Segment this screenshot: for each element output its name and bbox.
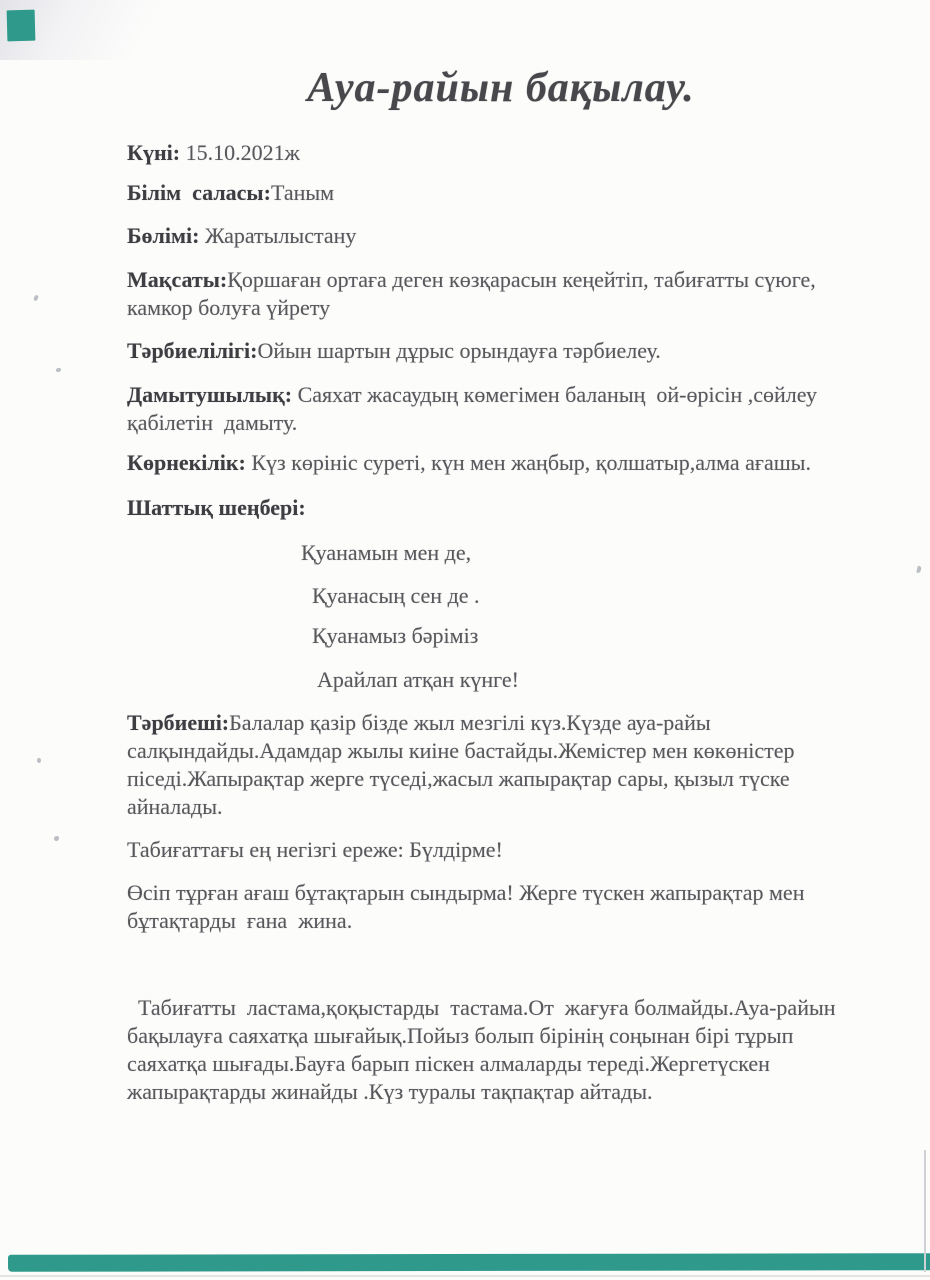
paragraph-closing-line3: саяхатқа шығады.Бауға барып піскен алмал… [127, 1051, 770, 1076]
field-goal-line1: Қоршаған ортаға деген көзқарасын кеңейті… [227, 267, 816, 292]
field-section-label: Бөлімі: [127, 223, 199, 248]
field-visual-aids-label: Көрнекілік: [127, 450, 246, 475]
paragraph-teacher-line2: салқындайды.Адамдар жылы киіне бастайды.… [127, 738, 795, 763]
poem-line-1: Қуанамын мен де, [301, 539, 801, 567]
field-section: Бөлімі: Жаратылыстану [127, 222, 895, 250]
field-date: Күні: 15.10.2021ж [127, 139, 895, 167]
field-goal-label: Мақсаты: [127, 267, 227, 292]
document-title: Ауа-райын бақылау. [36, 64, 930, 112]
scan-speck [916, 566, 921, 574]
paragraph-teacher: Тәрбиеші:Балалар қазір бізде жыл мезгілі… [127, 709, 895, 821]
paragraph-closing-line2: бақылауға саяхатқа шығайық.Пойыз болып б… [127, 1023, 793, 1048]
field-joy-circle-label: Шаттық шеңбері: [127, 495, 306, 520]
paragraph-closing-line4: жапырақтарды жинайды .Күз туралы тақпақт… [127, 1079, 653, 1104]
paragraph-teacher-line1: Балалар қазір бізде жыл мезгілі күз.Күзд… [229, 710, 711, 735]
paragraph-teacher-label: Тәрбиеші: [127, 710, 229, 735]
field-upbringing-label: Тәрбиелілігі: [127, 338, 257, 363]
poem-line-3: Қуанамыз бәріміз [312, 622, 812, 650]
poem-line-4: Арайлап атқан күнге! [317, 666, 817, 694]
paragraph-nature-rule: Табиғаттағы ең негізгі ереже: Бүлдірме! [127, 836, 895, 864]
scan-artifact-bottom-bar [8, 1253, 930, 1272]
paragraph-closing: Табиғатты ластама,қоқыстарды тастама.От … [127, 994, 895, 1106]
paper-edge-right [924, 1150, 926, 1272]
field-education-area: Білім саласы:Таным [127, 179, 895, 207]
field-education-area-label: Білім саласы: [127, 180, 271, 205]
field-developmental-label: Дамытушылық: [127, 382, 292, 407]
scan-speck [56, 368, 61, 372]
paragraph-warning-line2: бұтақтарды ғана жина. [127, 908, 352, 933]
field-developmental-line1: Саяхат жасаудың көмегімен баланың ой-өрі… [292, 382, 817, 407]
field-developmental: Дамытушылық: Саяхат жасаудың көмегімен б… [127, 381, 895, 437]
scan-speck [54, 836, 59, 841]
paragraph-teacher-line3: піседі.Жапырақтар жерге түседі,жасыл жап… [127, 766, 790, 791]
field-date-value: 15.10.2021ж [180, 140, 300, 165]
paragraph-teacher-line4: айналады. [127, 794, 223, 819]
field-visual-aids-value: Күз көрініс суреті, күн мен жаңбыр, қолш… [246, 450, 811, 475]
paragraph-closing-line1: Табиғатты ластама,қоқыстарды тастама.От … [127, 995, 836, 1020]
field-section-value: Жаратылыстану [199, 223, 356, 248]
scan-speck [33, 294, 39, 301]
field-upbringing-value: Ойын шартын дұрыс орындауға тәрбиелеу. [257, 338, 660, 363]
scan-speck [36, 758, 41, 764]
field-date-label: Күні: [127, 140, 180, 165]
field-goal: Мақсаты:Қоршаған ортаға деген көзқарасын… [127, 266, 895, 322]
paragraph-warning-line1: Өсіп тұрған ағаш бұтақтарын сындырма! Же… [127, 880, 804, 905]
field-joy-circle: Шаттық шеңбері: [127, 494, 895, 522]
scanned-document-page: Ауа-райын бақылау. Күні: 15.10.2021ж Біл… [0, 0, 930, 1280]
field-upbringing: Тәрбиелілігі:Ойын шартын дұрыс орындауға… [127, 337, 895, 365]
field-goal-line2: камкор болуға үйрету [127, 295, 330, 320]
field-education-area-value: Таным [271, 180, 334, 205]
field-developmental-line2: қабілетін дамыту. [127, 410, 297, 435]
poem-line-2: Қуанасың сен де . [312, 582, 812, 610]
scan-artifact-corner-square [7, 10, 36, 42]
field-visual-aids: Көрнекілік: Күз көрініс суреті, күн мен … [127, 449, 895, 477]
paper-edge-bottom [0, 1275, 930, 1277]
paragraph-warning: Өсіп тұрған ағаш бұтақтарын сындырма! Же… [127, 879, 895, 935]
